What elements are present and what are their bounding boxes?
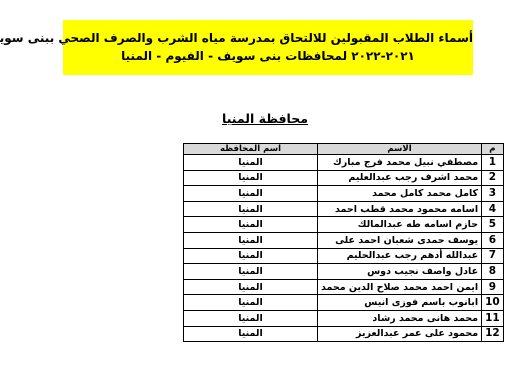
- header-num: م: [482, 144, 504, 155]
- governorate-cell: المنيا: [184, 232, 318, 248]
- title-banner: أسماء الطلاب المقبولين للالتحاق بمدرسة م…: [63, 20, 473, 75]
- row-number: 7: [482, 248, 504, 264]
- student-name: حازم اسامه طه عبدالمالك: [318, 217, 482, 233]
- table-row: 1مصطفي نبيل محمد فرج مباركالمنيا: [184, 155, 504, 171]
- governorate-cell: المنيا: [184, 279, 318, 295]
- student-name: ايمن احمد محمد صلاح الدين محمد: [318, 279, 482, 295]
- governorate-cell: المنيا: [184, 155, 318, 171]
- student-name: محمد هانى محمد رشاد: [318, 310, 482, 326]
- governorate-cell: المنيا: [184, 326, 318, 342]
- row-number: 3: [482, 186, 504, 202]
- governorate-cell: المنيا: [184, 295, 318, 311]
- student-name: عبدالله أدهم رجب عبدالحليم: [318, 248, 482, 264]
- row-number: 5: [482, 217, 504, 233]
- governorate-cell: المنيا: [184, 248, 318, 264]
- banner-line-1: أسماء الطلاب المقبولين للالتحاق بمدرسة م…: [63, 29, 473, 47]
- table-row: 5حازم اسامه طه عبدالمالكالمنيا: [184, 217, 504, 233]
- header-name: الاسم: [318, 144, 482, 155]
- table-row: 6يوسف حمدى شعبان احمد علىالمنيا: [184, 232, 504, 248]
- student-name: مصطفي نبيل محمد فرج مبارك: [318, 155, 482, 171]
- row-number: 6: [482, 232, 504, 248]
- row-number: 10: [482, 295, 504, 311]
- header-governorate: اسم المحافظه: [184, 144, 318, 155]
- row-number: 4: [482, 201, 504, 217]
- student-name: محمود على عمر عبدالعزيز: [318, 326, 482, 342]
- table-row: 11محمد هانى محمد رشادالمنيا: [184, 310, 504, 326]
- table-row: 2محمد اشرف رجب عبدالعليمالمنيا: [184, 170, 504, 186]
- governorate-cell: المنيا: [184, 201, 318, 217]
- section-title: محافظة المنيا: [0, 111, 530, 126]
- banner-line-2: ٢٠٢١-٢٠٢٢ لمحافظات بنى سويف - الفيوم - ا…: [63, 47, 473, 65]
- student-name: كامل محمد كامل محمد: [318, 186, 482, 202]
- table-row: 9ايمن احمد محمد صلاح الدين محمدالمنيا: [184, 279, 504, 295]
- student-name: ابانوب باسم فوزى انيس: [318, 295, 482, 311]
- governorate-cell: المنيا: [184, 310, 318, 326]
- row-number: 1: [482, 155, 504, 171]
- row-number: 8: [482, 264, 504, 280]
- student-name: يوسف حمدى شعبان احمد على: [318, 232, 482, 248]
- student-name: محمد اشرف رجب عبدالعليم: [318, 170, 482, 186]
- row-number: 9: [482, 279, 504, 295]
- table-row: 12محمود على عمر عبدالعزيزالمنيا: [184, 326, 504, 342]
- governorate-cell: المنيا: [184, 170, 318, 186]
- table-header-row: م الاسم اسم المحافظه: [184, 144, 504, 155]
- table-row: 10ابانوب باسم فوزى انيسالمنيا: [184, 295, 504, 311]
- governorate-cell: المنيا: [184, 264, 318, 280]
- row-number: 11: [482, 310, 504, 326]
- table-row: 4اسامه محمود محمد قطب احمدالمنيا: [184, 201, 504, 217]
- row-number: 2: [482, 170, 504, 186]
- table-row: 7عبدالله أدهم رجب عبدالحليمالمنيا: [184, 248, 504, 264]
- row-number: 12: [482, 326, 504, 342]
- governorate-cell: المنيا: [184, 186, 318, 202]
- student-name: اسامه محمود محمد قطب احمد: [318, 201, 482, 217]
- students-table: م الاسم اسم المحافظه 1مصطفي نبيل محمد فر…: [183, 143, 504, 342]
- table-row: 3كامل محمد كامل محمدالمنيا: [184, 186, 504, 202]
- table-row: 8عادل واصف نجيب دوسالمنيا: [184, 264, 504, 280]
- student-name: عادل واصف نجيب دوس: [318, 264, 482, 280]
- governorate-cell: المنيا: [184, 217, 318, 233]
